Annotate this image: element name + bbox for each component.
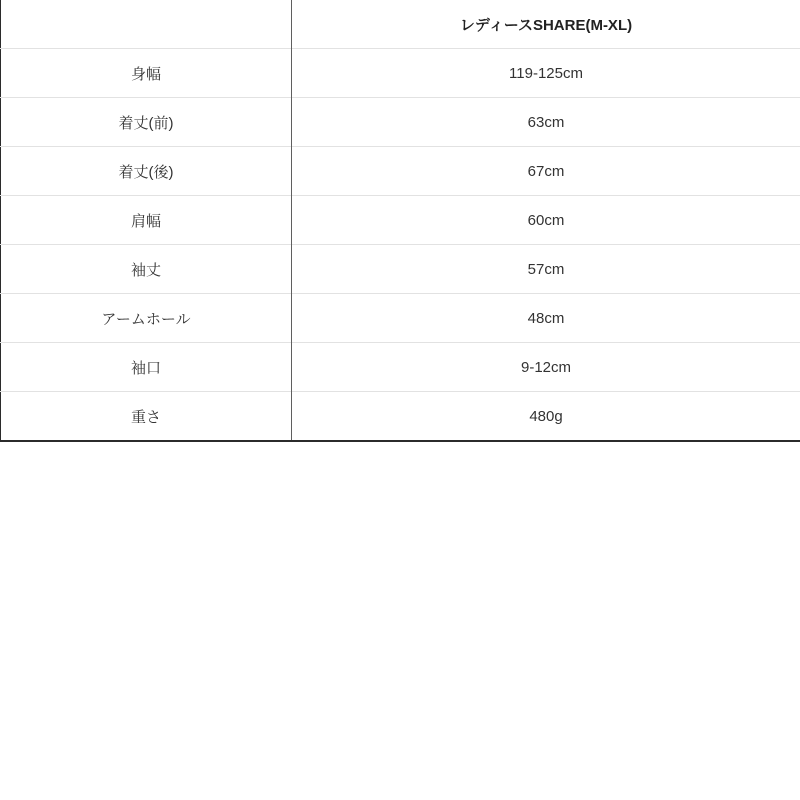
table-header-row: レディースSHARE(M-XL) [1, 0, 800, 49]
row-value-cell: 63cm [292, 98, 800, 147]
row-value-cell: 480g [292, 392, 800, 442]
table-row: 着丈(前) 63cm [1, 98, 800, 147]
table-row: 身幅 119-125cm [1, 49, 800, 98]
row-label-cell: 着丈(前) [1, 98, 292, 147]
size-spec-table: レディースSHARE(M-XL) 身幅 119-125cm 着丈(前) 63cm… [0, 0, 800, 442]
row-value-cell: 60cm [292, 196, 800, 245]
row-label-cell: 袖口 [1, 343, 292, 392]
row-value-cell: 67cm [292, 147, 800, 196]
row-label-cell: 袖丈 [1, 245, 292, 294]
table-header-empty-cell [1, 0, 292, 49]
table-header-cell: レディースSHARE(M-XL) [292, 0, 800, 49]
row-value-cell: 57cm [292, 245, 800, 294]
row-label-cell: 身幅 [1, 49, 292, 98]
table-row: 着丈(後) 67cm [1, 147, 800, 196]
table-row: 袖口 9-12cm [1, 343, 800, 392]
table-row: 袖丈 57cm [1, 245, 800, 294]
row-label-cell: 着丈(後) [1, 147, 292, 196]
row-label-cell: 重さ [1, 392, 292, 442]
row-label-cell: 肩幅 [1, 196, 292, 245]
row-label-cell: アームホール [1, 294, 292, 343]
row-value-cell: 119-125cm [292, 49, 800, 98]
page: レディースSHARE(M-XL) 身幅 119-125cm 着丈(前) 63cm… [0, 0, 800, 800]
table-row: 重さ 480g [1, 392, 800, 442]
table-row: アームホール 48cm [1, 294, 800, 343]
row-value-cell: 9-12cm [292, 343, 800, 392]
table-row: 肩幅 60cm [1, 196, 800, 245]
row-value-cell: 48cm [292, 294, 800, 343]
